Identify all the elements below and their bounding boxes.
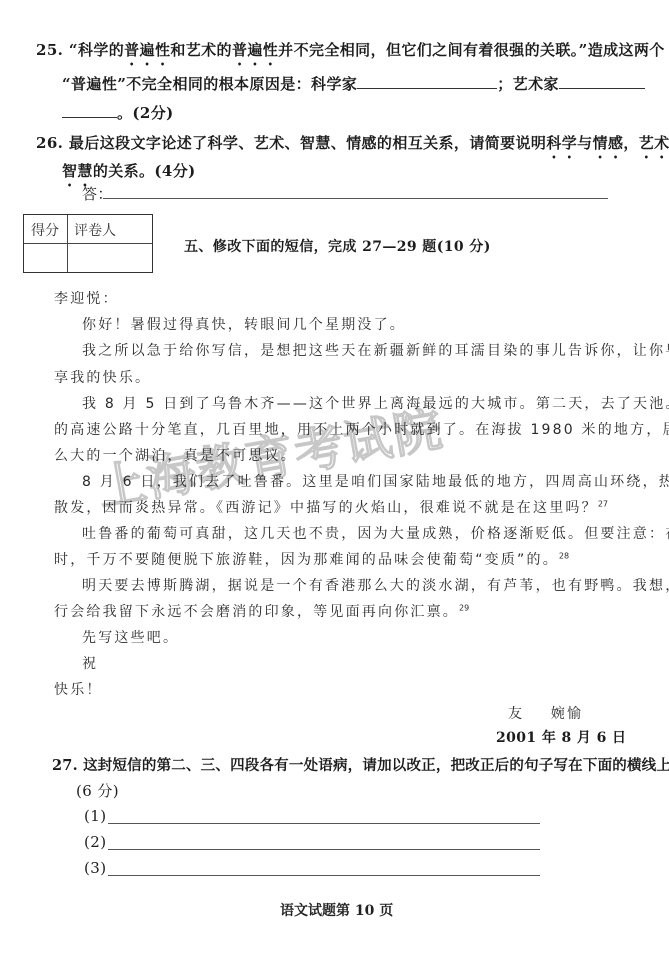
q25-line3: 。(2分) — [62, 102, 174, 123]
score-box: 得分 评卷人 — [23, 214, 153, 273]
q27-answer-line-1[interactable] — [108, 823, 540, 824]
letter-p4-line2: 散发，因而炎热异常。《西游记》中描写的火焰山，很难说不就是在这里吗？27 — [54, 497, 608, 517]
letter-p3-line2: 的高速公路十分笔直，几百里地，用不上两个小时就到了。在海拔 1980 米的地方，… — [54, 419, 669, 439]
letter-date: 2001 年 8 月 6 日 — [496, 727, 626, 747]
q25-emphasis-1: 普遍性 — [124, 41, 170, 59]
q25-score: 。(2分) — [117, 104, 174, 122]
q26-number: 26. — [36, 134, 63, 152]
q27-blank-label-3: (3) — [84, 859, 106, 877]
letter-p6-text: 行会给我留下永远不会磨消的印象，等见面再向你汇禀。 — [54, 604, 459, 620]
letter-p1: 你好！暑假过得真快，转眼间几个星期没了。 — [82, 314, 406, 334]
letter-p5-text: 时，千万不要随便脱下旅游鞋，因为那难闻的品味会使葡萄“变质”的。 — [54, 552, 559, 568]
q25-text: “普遍性”不完全相同的根本原因是：科学家 — [62, 75, 357, 93]
section5-title: 五、修改下面的短信，完成 27—29 题(10 分) — [184, 236, 491, 256]
q25-text: “科学的 — [69, 41, 124, 59]
q26-text: 的关系。(4分) — [93, 162, 196, 180]
q25-text: 和艺术的 — [170, 41, 232, 59]
q25-blank-artist[interactable] — [559, 74, 645, 89]
q25-blank-scientist[interactable] — [357, 74, 497, 89]
page-footer: 语文试题第 10 页 — [280, 900, 393, 920]
letter-p5-line1: 吐鲁番的葡萄可真甜，这几天也不贵，因为大量成熟，价格逐渐贬低。但要注意：在吃葡萄 — [82, 523, 669, 543]
q27-blank-label-2: (2) — [84, 833, 106, 851]
q26-text: ， — [623, 134, 638, 152]
q26-answer-line[interactable] — [103, 198, 608, 199]
q25-line1: 25. “科学的普遍性和艺术的普遍性并不完全相同，但它们之间有着很强的关联。”造… — [36, 39, 665, 69]
letter-p2-line1: 我之所以急于给你写信，是想把这些天在新疆新鲜的耳濡目染的事儿告诉你，让你早点分 — [82, 340, 669, 360]
letter-wish-content: 快乐！ — [54, 679, 103, 699]
q26-emphasis-science: 科学 — [546, 134, 577, 152]
question-marker-29: 29 — [459, 603, 469, 612]
q27-prompt: 27. 这封短信的第二、三、四段各有一处语病，请加以改正，把改正后的句子写在下面… — [52, 754, 669, 775]
q25-text: ；艺术家 — [497, 75, 559, 93]
score-input-cell[interactable] — [25, 245, 66, 271]
q25-blank-artist-cont[interactable] — [62, 103, 117, 118]
q27-answer-line-2[interactable] — [108, 849, 540, 850]
letter-salutation: 李迎悦： — [54, 288, 119, 308]
q26-emphasis-wisdom: 智慧 — [62, 162, 93, 180]
q26-emphasis-emotion: 情感 — [593, 134, 624, 152]
grader-input-cell[interactable] — [69, 245, 151, 271]
question-marker-28: 28 — [559, 551, 569, 560]
q27-answer-line-3[interactable] — [108, 875, 540, 876]
letter-wish: 祝 — [82, 653, 98, 673]
letter-p5-line2: 时，千万不要随便脱下旅游鞋，因为那难闻的品味会使葡萄“变质”的。28 — [54, 549, 569, 569]
letter-p4-line1: 8 月 6 日，我们去了吐鲁番。这里是咱们国家陆地最低的地方，四周高山环绕，热量… — [82, 471, 669, 491]
letter-p3-line3: 么大的一个湖泊，真是不可思议。 — [54, 445, 297, 465]
letter-p3-line1: 我 8 月 5 日到了乌鲁木齐——这个世界上离海最远的大城市。第二天，去了天池。… — [82, 393, 669, 413]
q25-emphasis-2: 普遍性 — [232, 41, 278, 59]
letter-p6-line1: 明天要去博斯腾湖，据说是一个有香港那么大的淡水湖，有芦苇，也有野鸭。我想，新疆之 — [82, 575, 669, 595]
q26-answer-label: 答： — [82, 183, 113, 204]
letter-signature: 友 婉愉 — [508, 703, 583, 723]
score-label: 得分 — [31, 220, 59, 240]
q26-line1: 26. 最后这段文字论述了科学、艺术、智慧、情感的相互关系，请简要说明科学与情感… — [36, 132, 669, 162]
q25-text: 并不完全相同，但它们之间有着很强的关联。”造成这两个 — [278, 41, 665, 59]
grader-label: 评卷人 — [74, 220, 116, 240]
letter-closing: 先写这些吧。 — [82, 627, 179, 647]
q25-line2: “普遍性”不完全相同的根本原因是：科学家；艺术家 — [62, 73, 645, 94]
letter-p6-line2: 行会给我留下永远不会磨消的印象，等见面再向你汇禀。29 — [54, 601, 469, 621]
question-marker-27: 27 — [598, 499, 608, 508]
letter-p4-text: 散发，因而炎热异常。《西游记》中描写的火焰山，很难说不就是在这里吗？ — [54, 500, 598, 516]
q26-text: 与 — [577, 134, 592, 152]
q25-number: 25. — [36, 41, 63, 59]
q27-blank-label-1: (1) — [84, 807, 106, 825]
q26-text: 最后这段文字论述了科学、艺术、智慧、情感的相互关系，请简要说明 — [69, 134, 546, 152]
q26-emphasis-art: 艺术 — [639, 134, 669, 152]
q27-score: (6 分) — [76, 780, 119, 801]
score-box-divider — [24, 243, 152, 244]
letter-p2-line2: 享我的快乐。 — [54, 367, 151, 387]
